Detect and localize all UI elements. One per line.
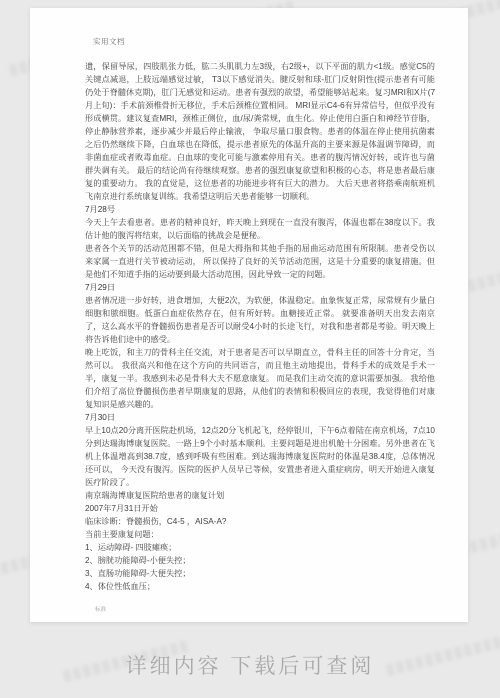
date-heading: 7月30日 [85,411,435,424]
date-heading: 7月28号 [85,203,435,216]
document-page: 实用文档 遗，保留导尿，四肢肌张力低，肱二头肌肌力左3级，右2级+，以下平面的肌… [30,8,468,622]
date-heading: 7月29日 [85,281,435,294]
paragraph: 遗，保留导尿，四肢肌张力低，肱二头肌肌力左3级，右2级+，以下平面的肌力<1级。… [85,60,435,203]
paragraph: 2007年7月31日开始 [85,502,435,515]
document-body: 遗，保留导尿，四肢肌张力低，肱二头肌肌力左3级，右2级+，以下平面的肌力<1级。… [85,60,435,593]
paragraph: 患者各个关节的活动范围都不错，但是大拇指和其他手指的屈曲运动范围有所限制。患者受… [85,242,435,281]
list-item: 3、直肠功能障碍-大便失控； [85,567,435,580]
list-item: 1、运动障碍- 四肢瘫痪； [85,541,435,554]
download-hint-text: 详细内容 下载后可查阅 [126,650,375,680]
paragraph: 晚上吃饭，和主刀的骨科主任交流，对于患者是否可以早期直立，骨科主任的回答十分肯定… [85,346,435,411]
paragraph: 当前主要康复问题： [85,528,435,541]
list-item: 2、膀胱功能障碍-小便失控； [85,554,435,567]
download-hint-banner: 详细内容 下载后可查阅 [0,622,500,698]
paragraph: 今天上午去看患者。患者的精神良好，昨天晚上到现在一直没有腹泻，体温也都在38度以… [85,216,435,242]
paragraph: 临床诊断：脊髓损伤，C4-5 ，AISA-A? [85,515,435,528]
paragraph: 患者情况进一步好转，进食增加，大便2次，为软便，体温稳定。血象恢复正常，尿常规有… [85,294,435,346]
paragraph: 南京瑞海博康复医院给患者的康复计划 [85,489,435,502]
list-item: 4、体位性低血压； [85,580,435,593]
document-header-label: 实用文档 [93,36,468,47]
document-footnote: 标准 [95,605,468,613]
paragraph: 早上10点20分离开医院赴机场，12点20分飞机起飞，经停银川，下午6点着陆在南… [85,424,435,489]
